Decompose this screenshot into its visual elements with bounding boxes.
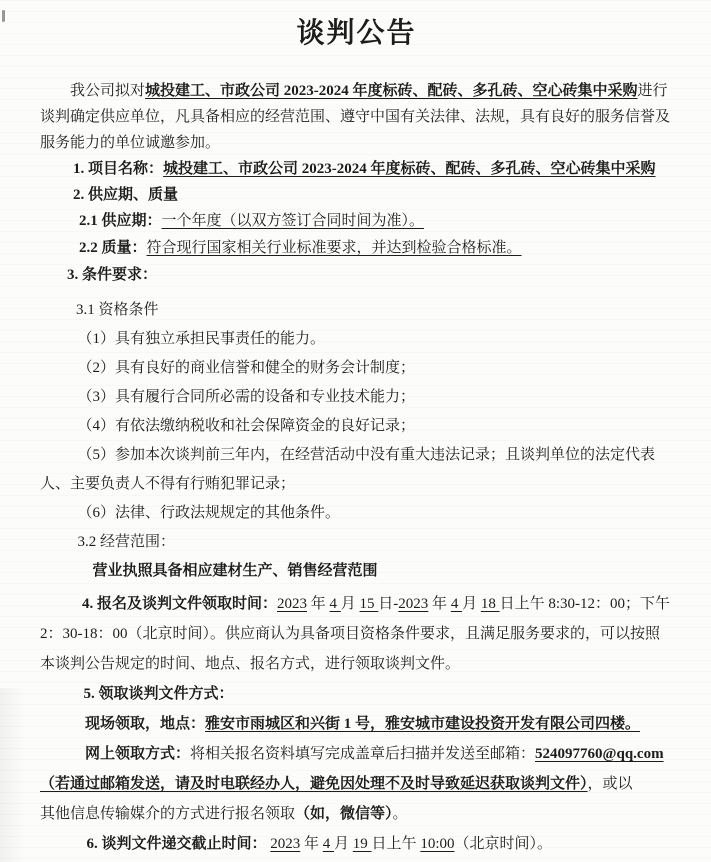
condition-2: （2）具有良好的商业信誉和健全的财务会计制度； bbox=[40, 354, 673, 383]
wechat-note: （如，微信等） bbox=[295, 806, 393, 822]
onsite-pickup-label: 现场领取，地点： bbox=[85, 716, 205, 732]
business-scope-text: 营业执照具备相应建材生产、销售经营范围 bbox=[93, 563, 378, 579]
item-2-1-supply-period: 2.1 供应期：一个年度（以双方签订合同时间为准）。 bbox=[40, 208, 673, 235]
email-warning: （若通过邮箱发送，请及时电联经办人，避免因处理不及时导致延迟获取谈判文件） bbox=[40, 776, 588, 792]
item-4-signup-time: 4. 报名及谈判文件领取时间：2023 年 4 月 15 日-2023 年 4 … bbox=[40, 589, 673, 679]
online-pickup-other-media: 其他信息传输媒介的方式进行报名领取 bbox=[40, 806, 295, 822]
deadline-month: 4 bbox=[323, 836, 334, 852]
intro-pre: 我公司拟对 bbox=[70, 83, 145, 99]
item-3-1-label: 3.1 资格条件 bbox=[76, 302, 159, 318]
item-2-1-label: 2.1 供应期： bbox=[79, 213, 162, 229]
item-3-heading: 3. 条件要求： bbox=[40, 262, 673, 289]
item-3-label: 3. 条件要求： bbox=[67, 267, 157, 283]
page-title: 谈判公告 bbox=[40, 14, 673, 54]
condition-3: （3）具有履行合同所必需的设备和专业技术能力； bbox=[40, 383, 673, 412]
deadline-year-unit: 年 bbox=[300, 836, 323, 852]
business-scope: 营业执照具备相应建材生产、销售经营范围 bbox=[40, 557, 673, 586]
start-year: 2023 bbox=[277, 596, 307, 612]
year-unit-2: 年 bbox=[428, 596, 451, 612]
end-year: 2023 bbox=[398, 596, 428, 612]
item-5-label: 5. 领取谈判文件方式： bbox=[84, 686, 234, 702]
item-6-label: 6. 谈判文件递交截止时间： bbox=[87, 836, 267, 852]
online-pickup-period: 。 bbox=[393, 806, 408, 822]
end-month: 4 bbox=[451, 596, 462, 612]
intro-project-highlight: 城投建工、市政公司 2023-2024 年度标砖、配砖、多孔砖、空心砖集中采购 bbox=[145, 83, 638, 99]
deadline-time: 10:00 bbox=[420, 836, 454, 852]
item-2-1-value: 一个年度（以双方签订合同时间为准）。 bbox=[162, 213, 425, 229]
onsite-pickup: 现场领取，地点：雅安市雨城区和兴街 1 号，雅安城市建设投资开发有限公司四楼。 bbox=[40, 709, 673, 739]
item-3-2-label: 3.2 经营范围： bbox=[78, 534, 176, 550]
end-day: 18 bbox=[481, 596, 500, 612]
deadline-day-unit: 日上午 bbox=[372, 836, 421, 852]
item-4-label: 4. 报名及谈判文件领取时间： bbox=[82, 596, 277, 612]
item-3-1-heading: 3.1 资格条件 bbox=[40, 296, 673, 325]
online-pickup-label: 网上领取方式： bbox=[85, 746, 190, 762]
item-1-value: 城投建工、市政公司 2023-2024 年度标砖、配砖、多孔砖、空心砖集中采购 bbox=[163, 161, 656, 177]
condition-1: （1）具有独立承担民事责任的能力。 bbox=[40, 325, 673, 354]
item-2-label: 2. 供应期、质量 bbox=[73, 187, 178, 203]
deadline-month-unit: 月 bbox=[334, 836, 353, 852]
condition-5: （5）参加本次谈判前三年内，在经营活动中没有重大违法记录；且谈判单位的法定代表人… bbox=[40, 441, 673, 499]
condition-6: （6）法律、行政法规规定的其他条件。 bbox=[40, 499, 673, 528]
scan-shadow bbox=[0, 688, 26, 862]
year-unit: 年 bbox=[307, 596, 330, 612]
item-6-deadline: 6. 谈判文件递交截止时间： 2023 年 4 月 19 日上午 10:00（北… bbox=[40, 829, 673, 859]
start-month: 4 bbox=[330, 596, 341, 612]
intro-paragraph: 我公司拟对城投建工、市政公司 2023-2024 年度标砖、配砖、多孔砖、空心砖… bbox=[40, 78, 673, 156]
item-3-2-heading: 3.2 经营范围： bbox=[40, 528, 673, 557]
condition-4: （4）有依法缴纳税收和社会保障资金的良好记录； bbox=[40, 412, 673, 441]
item-1-label: 1. 项目名称： bbox=[73, 161, 163, 177]
deadline-year: 2023 bbox=[270, 836, 300, 852]
deadline-day: 19 bbox=[353, 836, 372, 852]
item-2-2-label: 2.2 质量： bbox=[79, 240, 147, 256]
month-unit: 月 bbox=[341, 596, 360, 612]
item-2-2-value: 符合现行国家相关行业标准要求，并达到检验合格标准。 bbox=[147, 240, 522, 256]
item-1-project-name: 1. 项目名称：城投建工、市政公司 2023-2024 年度标砖、配砖、多孔砖、… bbox=[40, 156, 673, 182]
month-unit-2: 月 bbox=[462, 596, 481, 612]
day-unit-dash: 日- bbox=[378, 596, 398, 612]
deadline-tail: （北京时间）。 bbox=[454, 836, 552, 852]
online-pickup: 网上领取方式：将相关报名资料填写完成盖章后扫描并发送至邮箱：524097760@… bbox=[40, 739, 673, 829]
online-pickup-or: ，或以 bbox=[588, 776, 633, 792]
pickup-email: 524097760@qq.com bbox=[535, 746, 664, 762]
item-5-heading: 5. 领取谈判文件方式： bbox=[40, 679, 673, 709]
online-pickup-instructions: 将相关报名资料填写完成盖章后扫描并发送至邮箱： bbox=[190, 746, 535, 762]
item-2-heading: 2. 供应期、质量 bbox=[40, 182, 673, 208]
start-day: 15 bbox=[360, 596, 379, 612]
scan-mark bbox=[2, 10, 5, 22]
document-page: 谈判公告 我公司拟对城投建工、市政公司 2023-2024 年度标砖、配砖、多孔… bbox=[0, 0, 711, 862]
onsite-pickup-address: 雅安市雨城区和兴街 1 号，雅安城市建设投资开发有限公司四楼。 bbox=[205, 716, 640, 732]
item-2-2-quality: 2.2 质量：符合现行国家相关行业标准要求，并达到检验合格标准。 bbox=[40, 235, 673, 262]
